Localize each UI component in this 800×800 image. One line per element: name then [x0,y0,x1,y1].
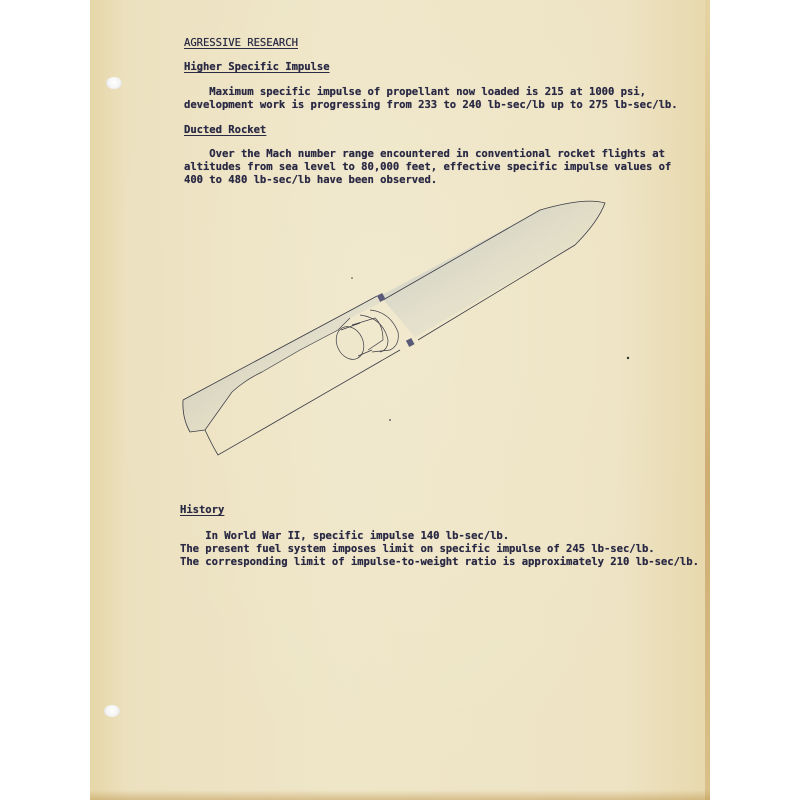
section-heading-history: History [180,504,224,516]
ducted-rocket-drawing [0,0,800,800]
paragraph-line: In World War II, specific impulse 140 lb… [180,530,509,542]
paragraph-line: The present fuel system imposes limit on… [180,543,655,555]
paragraph-line: The corresponding limit of impulse-to-we… [180,556,699,568]
